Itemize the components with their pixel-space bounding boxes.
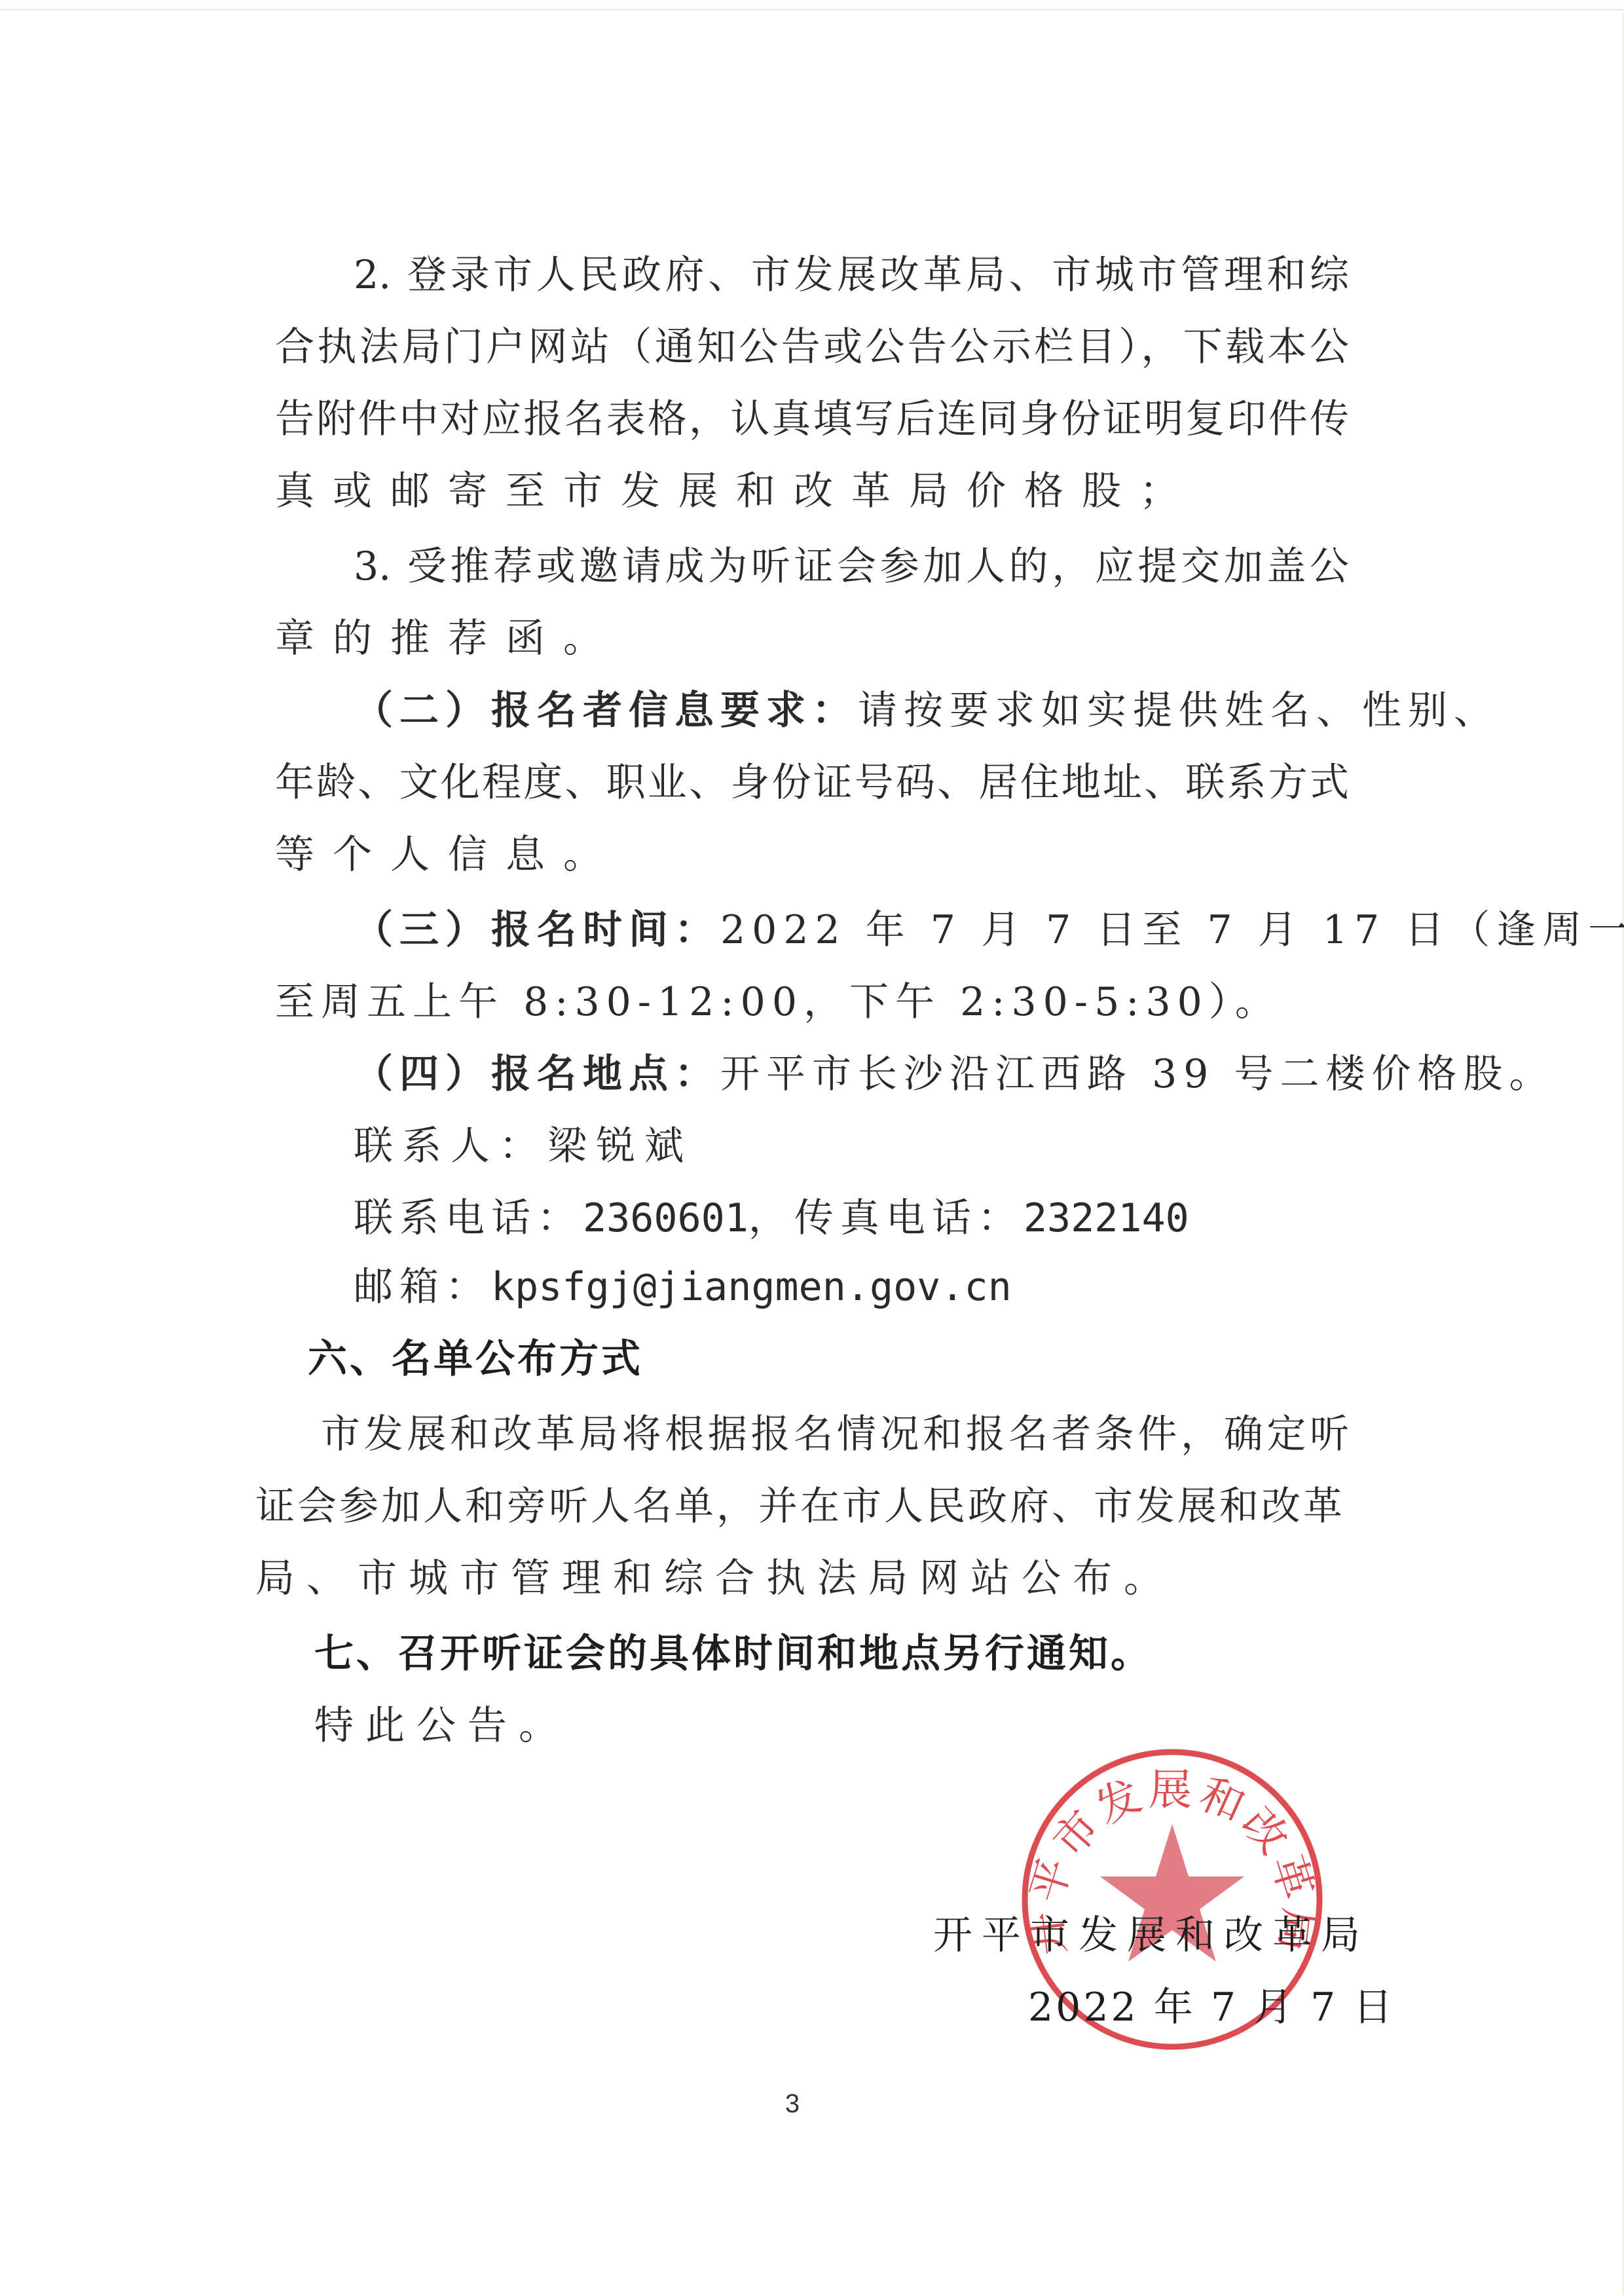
section4-text: 开平市长沙沿江西路 39 号二楼价格股。 bbox=[720, 1051, 1555, 1097]
item3-line-2: 章的推荐函。 bbox=[275, 612, 1349, 665]
section2-line-3: 等个人信息。 bbox=[275, 829, 1349, 881]
contact-fax-label: ，传真电话： bbox=[748, 1195, 1024, 1241]
section3-line-1: （三）报名时间：2022 年 7 月 7 日至 7 月 17 日（逢周一 bbox=[354, 904, 1349, 956]
section3-line-2: 至周五上午 8:30-12:00，下午 2:30-5:30）。 bbox=[275, 976, 1349, 1028]
contact-person-name: 梁锐斌 bbox=[547, 1123, 693, 1169]
section2-line-1: （二）报名者信息要求：请按要求如实提供姓名、性别、 bbox=[354, 684, 1349, 737]
contact-email-label: 邮箱： bbox=[354, 1264, 491, 1310]
item2-line-4: 真或邮寄至市发展和改革局价格股； bbox=[275, 465, 1349, 517]
closing-text: 特此公告。 bbox=[314, 1700, 1388, 1752]
signature-date: 2022 年 7 月 7 日 bbox=[1028, 1981, 1395, 2034]
section3-text: 2022 年 7 月 7 日至 7 月 17 日（逢周一 bbox=[720, 907, 1624, 953]
contact-phone-label: 联系电话： bbox=[354, 1195, 583, 1241]
signature-organization: 开平市发展和改革局 bbox=[933, 1909, 1369, 1962]
section6-line-3: 局、市城市管理和综合执法局网站公布。 bbox=[255, 1552, 1329, 1605]
section2-label: （二）报名者信息要求： bbox=[354, 688, 858, 734]
section7-heading: 七、召开听证会的具体时间和地点另行通知。 bbox=[314, 1628, 1388, 1680]
section6-line-2: 证会参加人和旁听人名单，并在市人民政府、市发展和改革 bbox=[255, 1480, 1342, 1533]
item2-line-2: 合执法局门户网站（通知公告或公告公示栏目），下载本公 bbox=[275, 321, 1349, 373]
contact-phone-line: 联系电话：2360601，传真电话：2322140 bbox=[354, 1192, 1349, 1244]
contact-email-line: 邮箱：kpsfgj@jiangmen.gov.cn bbox=[354, 1261, 1349, 1313]
contact-fax-number: 2322140 bbox=[1024, 1195, 1189, 1241]
scan-top-edge bbox=[0, 9, 1624, 14]
section6-heading: 六、名单公布方式 bbox=[308, 1333, 1382, 1385]
section2-line-2: 年龄、文化程度、职业、身份证号码、居住地址、联系方式 bbox=[275, 756, 1349, 809]
contact-person-line: 联系人：梁锐斌 bbox=[354, 1120, 1349, 1172]
item2-line-3: 告附件中对应报名表格，认真填写后连同身份证明复印件传 bbox=[275, 393, 1349, 445]
section6-line-1: 市发展和改革局将根据报名情况和报名者条件，确定听 bbox=[321, 1408, 1349, 1461]
section3-label: （三）报名时间： bbox=[354, 907, 720, 953]
page-number: 3 bbox=[779, 2089, 805, 2119]
section4-line-1: （四）报名地点：开平市长沙沿江西路 39 号二楼价格股。 bbox=[354, 1048, 1349, 1100]
section2-text: 请按要求如实提供姓名、性别、 bbox=[858, 688, 1500, 734]
section4-label: （四）报名地点： bbox=[354, 1051, 720, 1097]
item2-line-1: 2. 登录市人民政府、市发展改革局、市城市管理和综 bbox=[354, 249, 1349, 301]
contact-person-label: 联系人： bbox=[354, 1123, 547, 1169]
contact-phone-number: 2360601 bbox=[583, 1195, 748, 1241]
contact-email-link[interactable]: kpsfgj@jiangmen.gov.cn bbox=[491, 1264, 1012, 1310]
item3-line-1: 3. 受推荐或邀请成为听证会参加人的，应提交加盖公 bbox=[354, 540, 1349, 593]
